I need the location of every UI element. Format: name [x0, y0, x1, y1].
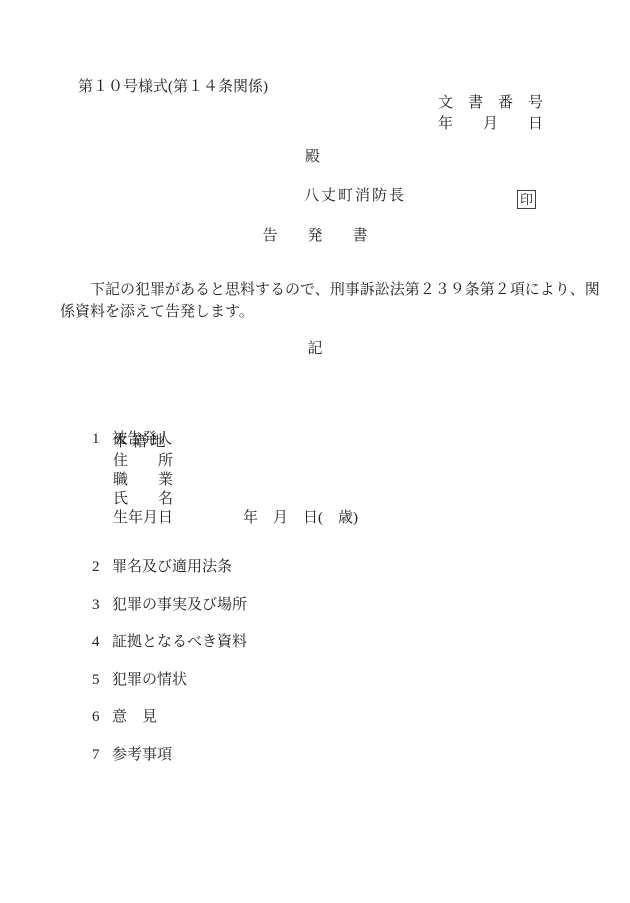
field-address-label: 住 所 [113, 454, 173, 469]
item-label: 罪名及び適用法条 [112, 559, 232, 575]
field-occupation-label: 職 業 [113, 473, 173, 488]
field-birthdate-label: 生年月日 [113, 511, 173, 526]
field-name-label: 氏 名 [113, 492, 173, 507]
field-birthdate-value: 年 月 日( 歳) [243, 511, 358, 526]
form-number-label: 第１０号様式(第１４条関係) [78, 80, 268, 95]
item-label: 意 見 [112, 709, 157, 725]
document-title: 告 発 書 [0, 229, 630, 244]
sender-title: 八丈町消防長 [304, 189, 406, 204]
item-number: 5 [92, 673, 112, 688]
seal-placeholder: 印 [517, 190, 536, 209]
field-registered-domicile-label: 本 籍 地 [113, 435, 166, 450]
body-text-line-2: 係資料を添えて告発します。 [60, 305, 254, 320]
item-number: 4 [92, 635, 112, 650]
doc-number-label: 文 書 番 号 [438, 96, 543, 111]
item-number: 6 [92, 710, 112, 725]
item-label: 参考事項 [112, 747, 172, 763]
item-label: 証拠となるべき資料 [112, 634, 247, 650]
body-text-line-1: 下記の犯罪があると思料するので、刑事訴訟法第２３９条第２項により、関 [60, 283, 600, 298]
item-number: 1 [92, 432, 112, 447]
accusation-form-page: 第１０号様式(第１４条関係) 文 書 番 号 年 月 日 殿 八丈町消防長 印 … [0, 0, 630, 903]
item-label: 犯罪の情状 [112, 672, 187, 688]
date-label: 年 月 日 [438, 117, 543, 132]
item-label: 犯罪の事実及び場所 [112, 597, 247, 613]
item-number: 7 [92, 748, 112, 763]
list-item-7: 7参考事項 [77, 733, 172, 778]
item-number: 2 [92, 560, 112, 575]
addressee-honorific: 殿 [305, 150, 320, 165]
item-number: 3 [92, 598, 112, 613]
section-marker-ki: 記 [0, 342, 630, 357]
